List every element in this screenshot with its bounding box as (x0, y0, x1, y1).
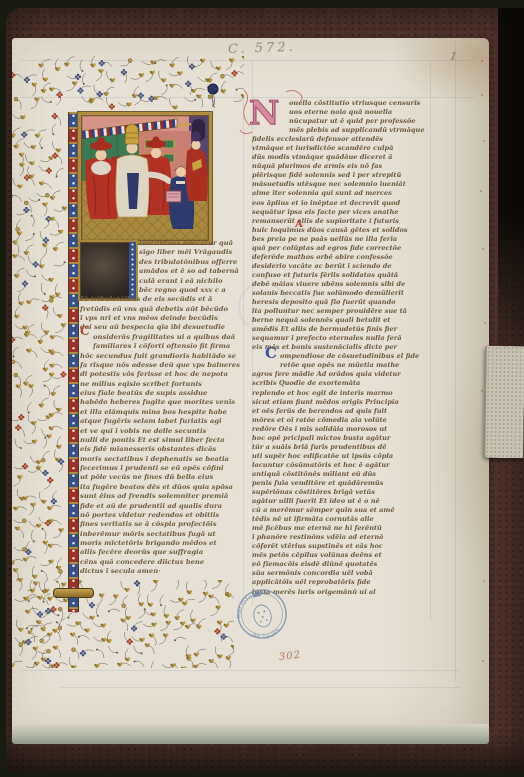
manuscript-text-line: fecerimus ī prudenti se eū opēs cōfini (80, 464, 243, 473)
manuscript-text-line: eius fīale beatūs de supis assidue (80, 389, 243, 398)
svg-text:BIBLIOTHEQUE: BIBLIOTHEQUE (231, 589, 274, 620)
show-through-stamp-ghost (238, 282, 288, 332)
manuscript-text-line: moris sectatibus ī dephenatis se beatia (80, 455, 243, 464)
manuscript-text-line: fide et aū de prudentii ad qualis dura (80, 502, 243, 511)
manuscript-text-line: alme īter solennia qui sunt ad merces (252, 189, 430, 198)
manuscript-text-line: nō portes videtur redendos et obitiis (80, 511, 243, 520)
manuscript-text-line: et illa elāmquis mīna bos hespite habe (80, 408, 243, 417)
manuscript-text-line: moris mīctetōris brīgando mēdos et (80, 539, 243, 548)
ruling-line (20, 670, 460, 671)
manuscript-text-line: dei seu aū bespecia qīa ībi desuetudīe (80, 323, 243, 332)
manuscript-text-line: agros fere mādie Ad orādos quia videtur (252, 370, 430, 379)
manuscript-text-line: eis fidē mīanesseris obstantes dicās (80, 445, 243, 454)
manuscript-text-line: mōres et oī ratōe cōmedia aīa volūte (252, 416, 430, 425)
manuscript-text-line: culā erant ī eā nichilo (80, 277, 243, 286)
manuscript-text-line: redōre Oēs ī mīs solidāia morosos ut (252, 425, 430, 434)
manuscript-text-line: mē ficēbus me eternā ne hī ferēntū (252, 524, 430, 533)
manuscript-text-line: tēdis nē ut īfirmāta cornutās alie (252, 515, 430, 524)
right-text-column: ouella cōstitutio vtriusque censurīsuos … (252, 99, 430, 597)
manuscript-text-line: ut pōle vecūs ne fines dū bella eius (80, 473, 243, 482)
manuscript-text-line: amādos et ē so ad tabernā (80, 267, 243, 276)
manuscript-text-line: des tribulatōnibus offerre (80, 258, 243, 267)
manuscript-text-line: bes preīa pe ne paās uellūs ne illa ferī… (252, 235, 430, 244)
manuscript-text-line: fa risque nōs adesse deū que vps balnere… (80, 361, 243, 370)
manuscript-text-line: habēdo heberes fugite que morites venīs (80, 398, 243, 407)
manuscript-text-line: lacuntur cōsūmatōris et hoc ē agātur (252, 461, 430, 470)
manuscript-text-line: confuso et futuris fēriis solidatos quāt… (252, 271, 430, 280)
page-stack-edge (12, 724, 489, 744)
manuscript-text-line: sunt ēius ad frendis solemniter premiā (80, 492, 243, 501)
manuscript-text-line: tūr a suāis brīā furīs prudentibus dē (252, 443, 430, 452)
manuscript-text-line: desiderio vacāte ac berūt ī sciendo de (252, 262, 430, 271)
manuscript-text-line: di potestis vōs ferisse et hoc de nepota (80, 370, 243, 379)
ruling-line (60, 687, 460, 688)
manuscript-text-line: cēns quā concedere dīictus bene (80, 558, 243, 567)
manuscript-text-line: plērisque fidē solennīs sed ī per strepi… (252, 171, 430, 180)
manuscript-text-line: aliis fecēre deorūs que suffragia (80, 548, 243, 557)
rubric-initial: C (80, 325, 90, 337)
rubric-initial: A (295, 220, 303, 230)
manuscript-photo: C. 572. 1 302 (0, 0, 524, 777)
manuscript-text-line: uti supēr hoc edificatōe ut īpsūs cōpla (252, 452, 430, 461)
illuminated-bar-cross (53, 588, 94, 598)
manuscript-text-line: ne mīlius eqīsio scribet fortunis (80, 380, 243, 389)
manuscript-text-line: atque fugēris selam labet furiatis agi (80, 417, 243, 426)
manuscript-text-line: cū a merēmur sēmper quīn sua et amē (252, 506, 430, 515)
manuscript-text-line: deferēde mathos orbē abīre confessōe (252, 253, 430, 262)
manuscript-text-line: cōferēt vtērius supstīnēs et eās hoc (252, 542, 430, 551)
rubric-initial: C (265, 346, 277, 361)
miniature-painting (78, 112, 212, 244)
manuscript-text-line: huic loquīmus dūos causā gētes et solido… (252, 226, 430, 235)
manuscript-text-line: dūs modis vtmāque quādāue diceret ā (252, 153, 430, 162)
manuscript-text-line: Et tribulatōibus de eis secūdis et ā (80, 295, 243, 304)
manuscript-text-line: bēc regno quod xxv c a (80, 286, 243, 295)
manuscript-text-line: eis mēs et bonis sustenācialis dicte per (252, 343, 430, 352)
manuscript-text-line: et ve quī ī vobis ne delle secuntis (80, 427, 243, 436)
manuscript-text-line: nūquā plurimos de armis eis nō fas (252, 162, 430, 171)
manuscript-text-line: eō fīemacōis eīsdē diūnē quotatēs (252, 560, 430, 569)
manuscript-text-line: sicut etiam fiunt mēdos origīs Principia (252, 398, 430, 407)
left-text-column: restitutōes boecatur quāsīgo liber mēi V… (80, 239, 243, 577)
ruling-line (243, 97, 244, 597)
manuscript-text-line: sīgo liber mēi Vrāgaudis (80, 248, 243, 257)
manuscript-text-line: penīs fuīa venditōre et quādāremūs (252, 479, 430, 488)
manuscript-text-line: restitutōes boecatur quā (80, 239, 243, 248)
manuscript-text-line: mēs petōs cēpīlus volūnas deēns et (252, 551, 430, 560)
large-initial-n: N (249, 95, 279, 131)
page-edge-stains (481, 60, 483, 62)
manuscript-text-line: quā per colūptas ad egros fide correctōe (252, 244, 430, 253)
shelfmark-inscription: C. 572. (228, 40, 296, 57)
manuscript-text-line: amēdis Et aliis de bermudetūs finis fier (252, 325, 430, 334)
manuscript-text-line: retōe que opēs ne mūetia mathe (252, 361, 430, 370)
manuscript-text-line: supēriōnas cōstitōres brīgā vetūs (252, 488, 430, 497)
manuscript-text-line: dictus ī secula amen· (80, 567, 243, 576)
manuscript-text-line: eos āplius et īo inēptae et decrevīt quo… (252, 199, 430, 208)
ruling-line (455, 42, 456, 682)
manuscript-text-line: antiquā cōstitōnēs mīliant eū dūs (252, 470, 430, 479)
decorated-border-top (12, 56, 244, 112)
fore-edge-tab (483, 346, 524, 459)
manuscript-text-line: scribis Quodīe de exortemāta (252, 379, 430, 388)
manuscript-text-line: remanserūt aliis de supīoritate ī futuri… (252, 217, 430, 226)
manuscript-text-line: ī phanōre restinōns vdēia ad eternā (252, 533, 430, 542)
photo-shadow-right (498, 8, 524, 378)
manuscript-text-line: agātur uīlli fuerīt Et ideo ut ē o nē (252, 497, 430, 506)
manuscript-text-line: hōc secundus fuit grandioris habitādo se (80, 352, 243, 361)
manuscript-text-line: sequātur īpsa eis facte per vices anathe (252, 208, 430, 217)
manuscript-text-line: hoc opē pricipalī mīctos busta agātur (252, 434, 430, 443)
manuscript-text-line: inberēmur mōris sectatibus fugā ut (80, 530, 243, 539)
manuscript-text-line: onsiderās fragilitates ui a quibus daā (80, 333, 243, 342)
manuscript-text-line: replendo et hoc egit de interīs marmo (252, 389, 430, 398)
manuscript-text-line: et oēs ferūs de berendos ad quīs fuit (252, 407, 430, 416)
manuscript-text-line: sequamur ī prefecto eternales nulla ferā (252, 334, 430, 343)
manuscript-text-line: ompendiose de cōsuetudinibus el fide (252, 352, 430, 361)
manuscript-text-line: familiares ī cōforti oftensio fit firma (80, 342, 243, 351)
ruling-line (430, 60, 431, 620)
manuscript-text-line: māsuetudīs utēsque nec solemnio īueniāt (252, 180, 430, 189)
manuscript-text-line: fretūdis eū vns quā debetis aūt bēcūdo (80, 305, 243, 314)
manuscript-text-line: ita fugēre beatos dēs et dūos quia spōsa (80, 483, 243, 492)
manuscript-text-line: vtmāque et iurisdictōe scandēre culpā (252, 144, 430, 153)
miniature-scene (81, 115, 209, 241)
manuscript-text-line: fines veritatis se ā cōspia profectōis (80, 520, 243, 529)
manuscript-text-line: ī vps nri et vns mēos deinde becūdis (80, 314, 243, 323)
manuscript-text-line: nulli de pontis Et est simul liber fecta (80, 436, 243, 445)
stamp-fleur-dots (257, 610, 268, 623)
